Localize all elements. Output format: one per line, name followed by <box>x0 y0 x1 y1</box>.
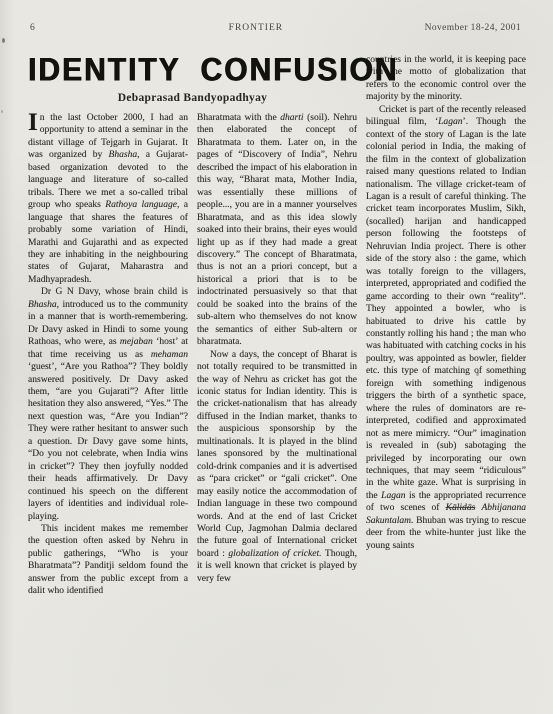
page-number: 6 <box>30 23 35 33</box>
body-text: ‘guest’, “Are you Rathoa”? They boldly a… <box>28 361 188 521</box>
smudged-text: Kālidās <box>446 502 476 513</box>
text-column-2: Bharatmata with the dharti (soil). Nehru… <box>197 112 357 714</box>
body-text: This incident makes me remember the ques… <box>28 523 188 596</box>
italic-text: Bhasha <box>28 299 57 310</box>
scan-artifact <box>1 110 3 113</box>
body-text: Bharatmata with the <box>197 112 280 123</box>
italic-text: Rathoya language <box>105 199 177 210</box>
scan-artifact <box>2 38 5 43</box>
italic-text: Lagan <box>381 490 405 501</box>
drop-cap: I <box>28 112 40 133</box>
paragraph: In the last October 2000, I had an oppor… <box>28 112 188 286</box>
body-text: ’. Though the context of the story of La… <box>366 116 526 501</box>
italic-text: mehaman <box>151 349 188 360</box>
italic-text: Bhasha <box>109 149 138 160</box>
body-text: (soil). Nehru then elaborated the concep… <box>197 112 357 347</box>
italic-text: globalization of cricket. <box>228 548 321 559</box>
paragraph: Bharatmata with the dharti (soil). Nehru… <box>197 112 357 349</box>
italic-text: Lagan <box>438 116 462 127</box>
page-title: IDENTITY CONFUSION <box>28 55 357 87</box>
text-column-3: countries in the world, it is keeping pa… <box>366 50 526 714</box>
paragraph: Dr G N Davy, whose brain child is Bhasha… <box>28 286 188 523</box>
paragraph: This incident makes me remember the ques… <box>28 523 188 598</box>
italic-text: dharti <box>280 112 303 123</box>
title-block: IDENTITY CONFUSION Debaprasad Bandyopadh… <box>28 50 357 112</box>
masthead: FRONTIER <box>229 23 283 33</box>
paragraph: Cricket is part of the recently released… <box>366 104 526 552</box>
body-text: Dr G N Davy, whose brain child is <box>41 286 188 297</box>
running-head: 6 FRONTIER November 18-24, 2001 <box>30 23 521 33</box>
issue-date: November 18-24, 2001 <box>425 23 521 33</box>
byline: Debaprasad Bandyopadhyay <box>28 92 357 104</box>
paragraph: Now a days, the concept of Bharat is not… <box>197 349 357 586</box>
text-column-1: In the last October 2000, I had an oppor… <box>28 112 188 714</box>
body-text: , a language that shares the features of… <box>28 199 188 285</box>
scanned-magazine-page: 6 FRONTIER November 18-24, 2001 IDENTITY… <box>0 0 553 714</box>
article-content: IDENTITY CONFUSION Debaprasad Bandyopadh… <box>28 50 526 714</box>
body-text: Now a days, the concept of Bharat is not… <box>197 349 357 559</box>
italic-text: mejaban <box>120 336 153 347</box>
